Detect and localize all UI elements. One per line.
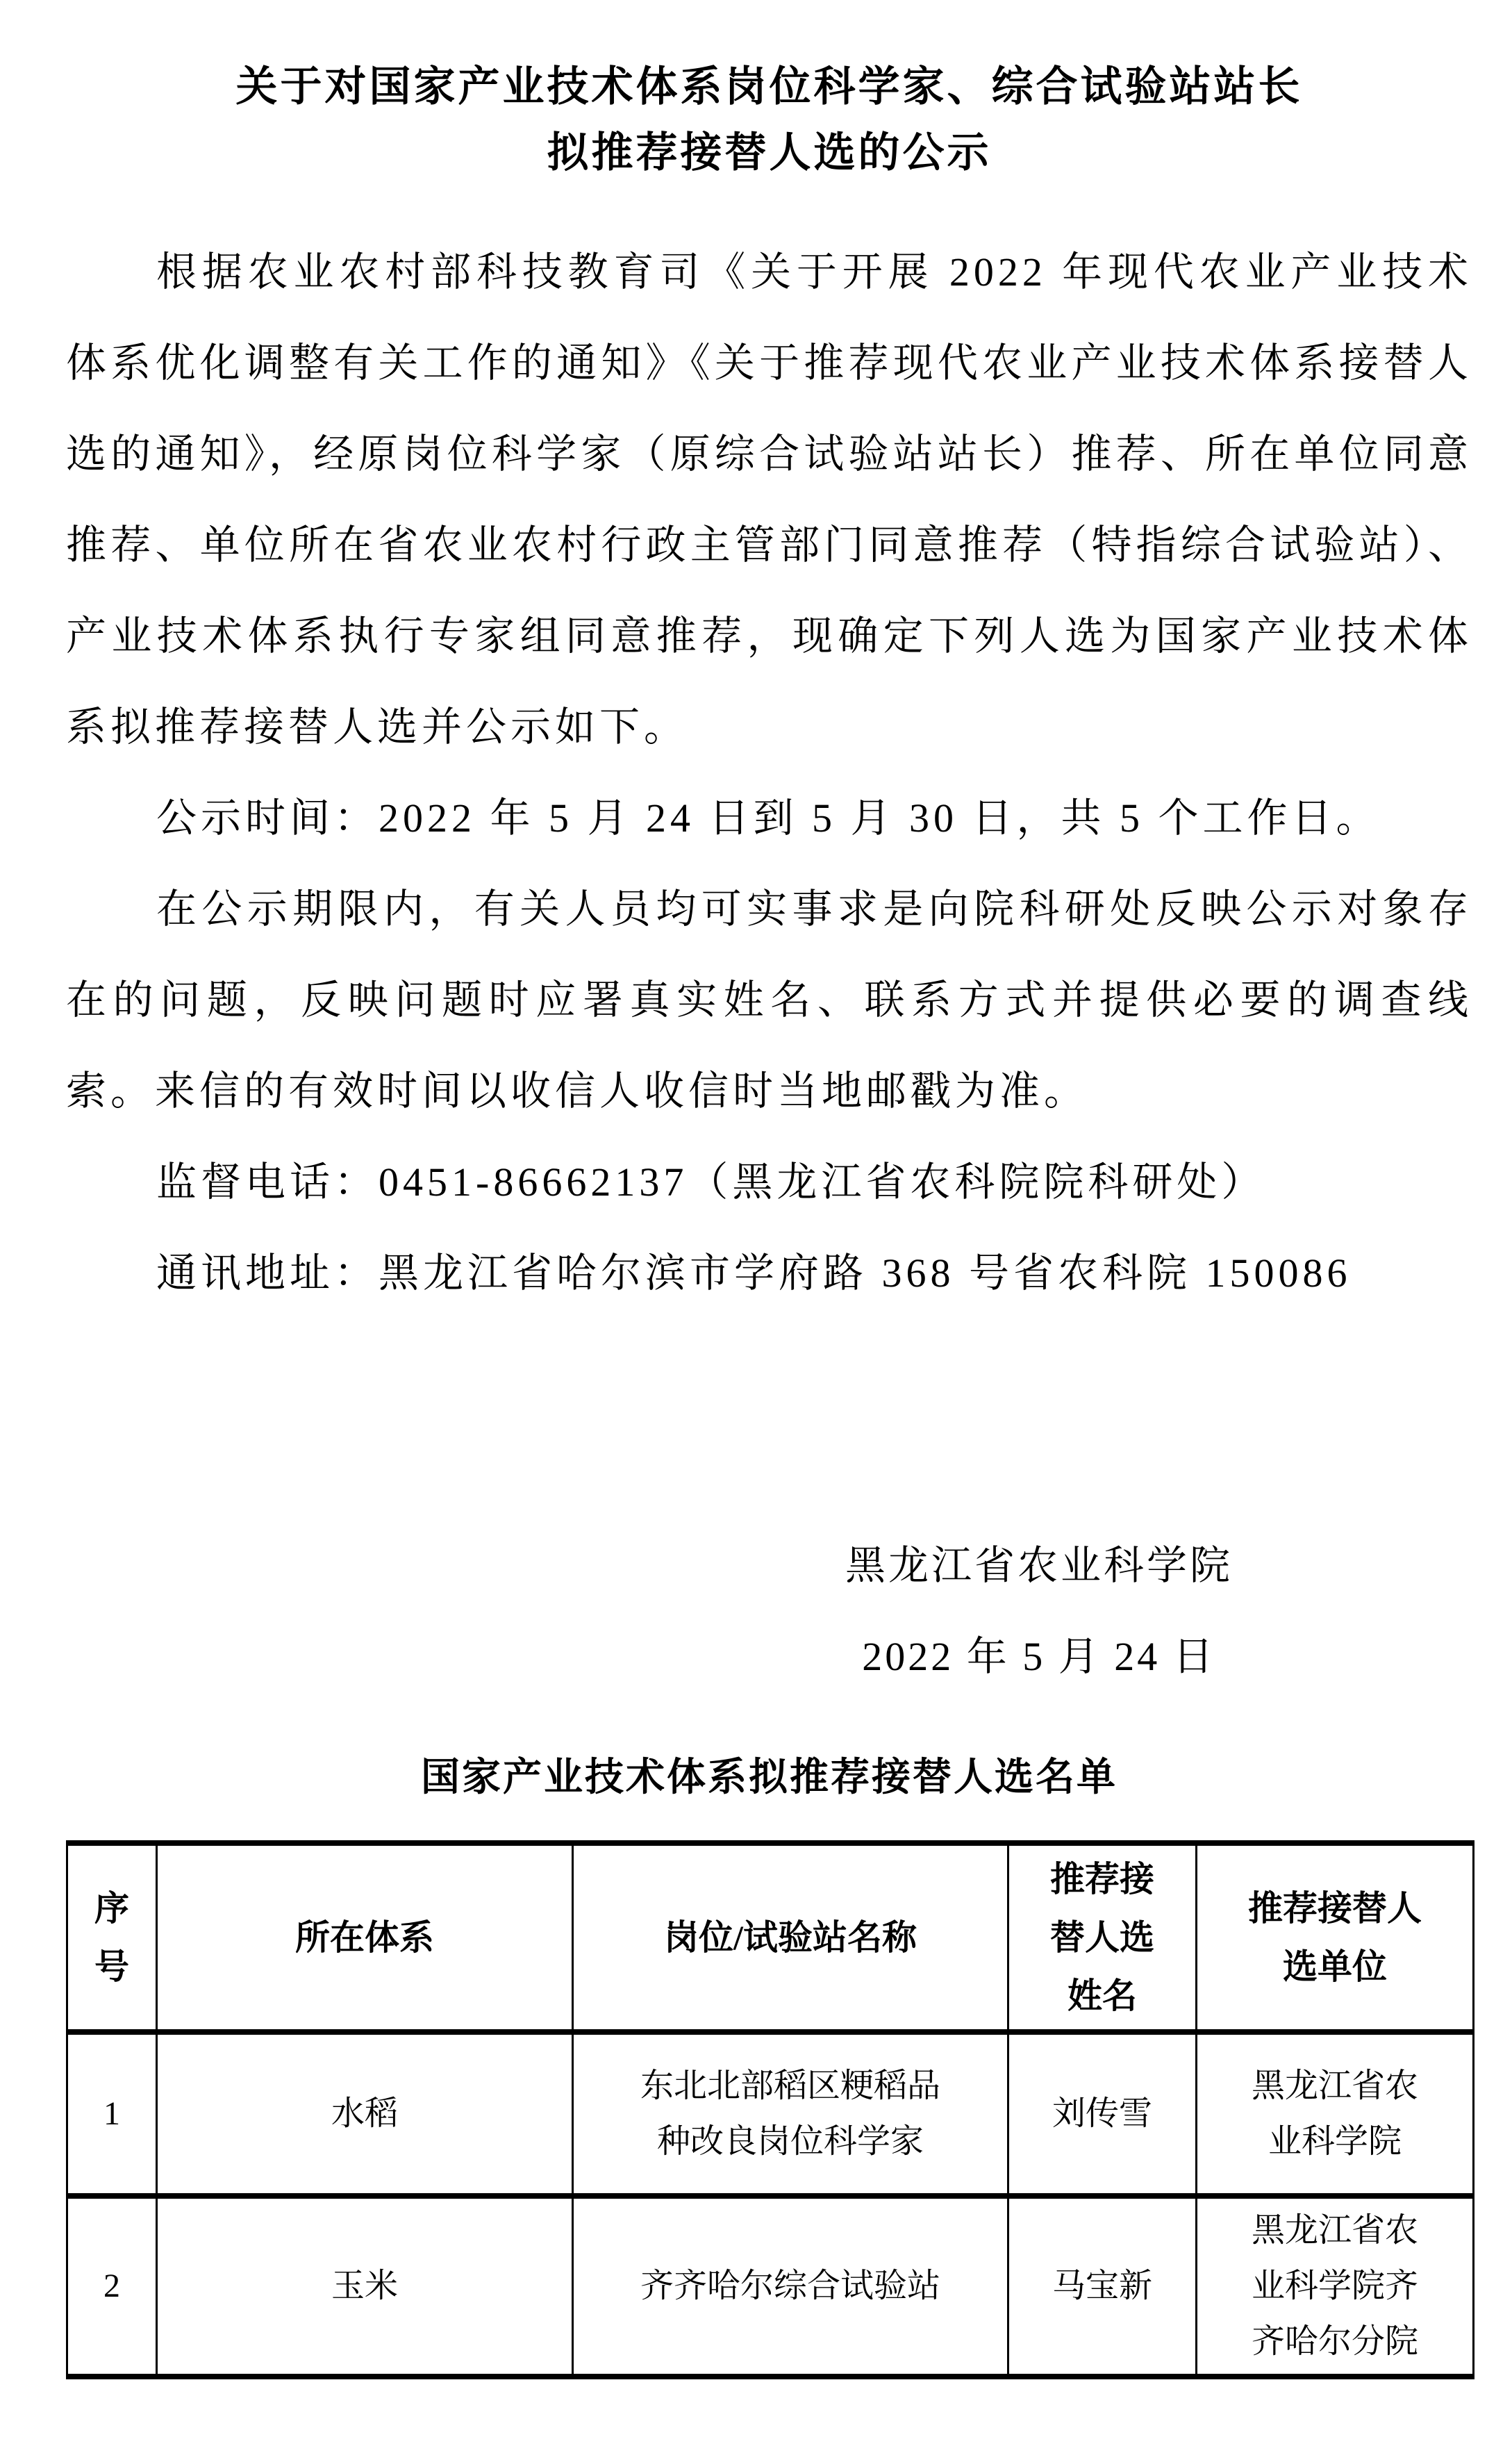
candidate-roster-table: 序 号 所在体系 岗位/试验站名称 推荐接 替人选 姓名 推荐接替人 选单位 1… <box>66 1840 1474 2379</box>
table-header-row: 序 号 所在体系 岗位/试验站名称 推荐接 替人选 姓名 推荐接替人 选单位 <box>67 1843 1474 2032</box>
document-body: 根据农业农村部科技教育司《关于开展 2022 年现代农业产业技术体系优化调整有关… <box>66 226 1472 1319</box>
header-station-name: 岗位/试验站名称 <box>573 1843 1008 2032</box>
cell-system: 水稻 <box>157 2032 573 2196</box>
paragraph-basis: 根据农业农村部科技教育司《关于开展 2022 年现代农业产业技术体系优化调整有关… <box>66 226 1472 773</box>
cell-candidate-name: 刘传雪 <box>1008 2032 1197 2196</box>
table-row: 2 玉米 齐齐哈尔综合试验站 马宝新 黑龙江省农 业科学院齐 齐哈尔分院 <box>67 2196 1474 2377</box>
header-candidate-unit: 推荐接替人 选单位 <box>1197 1843 1474 2032</box>
header-serial-number: 序 号 <box>67 1843 157 2032</box>
document-page: 关于对国家产业技术体系岗位科学家、综合试验站站长 拟推荐接替人选的公示 根据农业… <box>0 0 1512 2437</box>
paragraph-supervision-phone: 监督电话：0451-86662137（黑龙江省农科院院科研处） <box>66 1137 1472 1228</box>
table-row: 1 水稻 东北北部稻区粳稻品 种改良岗位科学家 刘传雪 黑龙江省农 业科学院 <box>67 2032 1474 2196</box>
document-title: 关于对国家产业技术体系岗位科学家、综合试验站站长 拟推荐接替人选的公示 <box>66 54 1472 186</box>
cell-candidate-unit: 黑龙江省农 业科学院 <box>1197 2032 1474 2196</box>
cell-candidate-name: 马宝新 <box>1008 2196 1197 2377</box>
paragraph-feedback-instructions: 在公示期限内，有关人员均可实事求是向院科研处反映公示对象存在的问题，反映问题时应… <box>66 864 1472 1137</box>
cell-serial-number: 1 <box>67 2032 157 2196</box>
document-title-line-2: 拟推荐接替人选的公示 <box>66 120 1472 186</box>
signature-date: 2022 年 5 月 24 日 <box>845 1611 1233 1702</box>
header-system: 所在体系 <box>157 1843 573 2032</box>
cell-station-name: 东北北部稻区粳稻品 种改良岗位科学家 <box>573 2032 1008 2196</box>
cell-serial-number: 2 <box>67 2196 157 2377</box>
paragraph-mailing-address: 通讯地址：黑龙江省哈尔滨市学府路 368 号省农科院 150086 <box>66 1228 1472 1319</box>
cell-candidate-unit: 黑龙江省农 业科学院齐 齐哈尔分院 <box>1197 2196 1474 2377</box>
cell-system: 玉米 <box>157 2196 573 2377</box>
signature-block: 黑龙江省农业科学院 2022 年 5 月 24 日 <box>845 1520 1233 1702</box>
signature-organization: 黑龙江省农业科学院 <box>845 1520 1233 1611</box>
cell-station-name: 齐齐哈尔综合试验站 <box>573 2196 1008 2377</box>
paragraph-publicity-period: 公示时间：2022 年 5 月 24 日到 5 月 30 日，共 5 个工作日。 <box>66 773 1472 864</box>
header-candidate-name: 推荐接 替人选 姓名 <box>1008 1843 1197 2032</box>
table-title: 国家产业技术体系拟推荐接替人选名单 <box>66 1745 1472 1811</box>
document-title-line-1: 关于对国家产业技术体系岗位科学家、综合试验站站长 <box>66 54 1472 120</box>
